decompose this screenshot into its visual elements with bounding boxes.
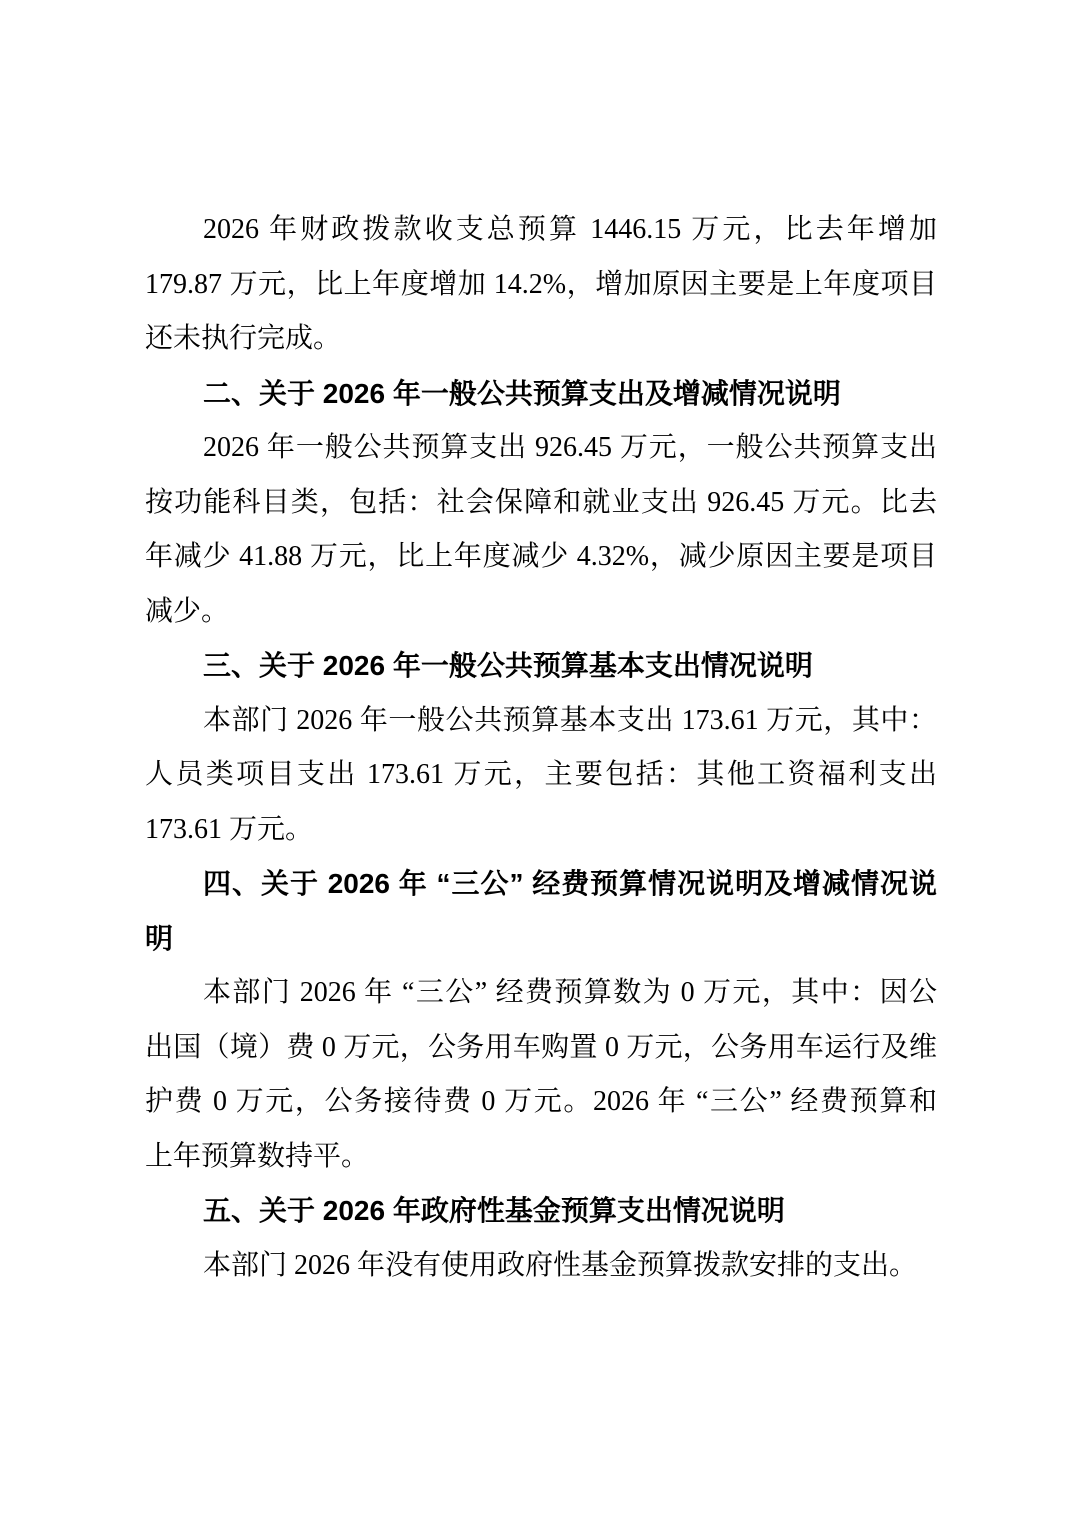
paragraph: 本部门 2026 年一般公共预算基本支出 173.61 万元，其中：人员类项目支…: [145, 694, 937, 858]
text-line: 年减少 41.88 万元，比上年度减少 4.32%，减少原因主要是项目: [145, 530, 937, 585]
document-body: 2026 年财政拨款收支总预算 1446.15 万元，比去年增加179.87 万…: [145, 203, 937, 1293]
text-line: 出国（境）费 0 万元，公务用车购置 0 万元，公务用车运行及维: [145, 1021, 937, 1076]
section-heading: 二、关于 2026 年一般公共预算支出及增减情况说明: [145, 367, 937, 422]
text-line: 二、关于 2026 年一般公共预算支出及增减情况说明: [145, 367, 937, 422]
text-line: 四、关于 2026 年 “三公” 经费预算情况说明及增减情况说: [145, 857, 937, 912]
text-line: 本部门 2026 年 “三公” 经费预算数为 0 万元，其中：因公: [145, 966, 937, 1021]
text-line: 本部门 2026 年没有使用政府性基金预算拨款安排的支出。: [145, 1239, 937, 1294]
text-line: 五、关于 2026 年政府性基金预算支出情况说明: [145, 1184, 937, 1239]
text-line: 179.87 万元，比上年度增加 14.2%，增加原因主要是上年度项目: [145, 258, 937, 313]
paragraph: 本部门 2026 年没有使用政府性基金预算拨款安排的支出。: [145, 1239, 937, 1294]
text-line: 还未执行完成。: [145, 312, 937, 367]
paragraph: 2026 年一般公共预算支出 926.45 万元，一般公共预算支出按功能科目类，…: [145, 421, 937, 639]
text-line: 173.61 万元。: [145, 803, 937, 858]
text-line: 2026 年财政拨款收支总预算 1446.15 万元，比去年增加: [145, 203, 937, 258]
section-heading: 四、关于 2026 年 “三公” 经费预算情况说明及增减情况说明: [145, 857, 937, 966]
text-line: 按功能科目类，包括：社会保障和就业支出 926.45 万元。比去: [145, 476, 937, 531]
section-heading: 三、关于 2026 年一般公共预算基本支出情况说明: [145, 639, 937, 694]
text-line: 本部门 2026 年一般公共预算基本支出 173.61 万元，其中：: [145, 694, 937, 749]
section-heading: 五、关于 2026 年政府性基金预算支出情况说明: [145, 1184, 937, 1239]
text-line: 护费 0 万元，公务接待费 0 万元。2026 年 “三公” 经费预算和: [145, 1075, 937, 1130]
text-line: 明: [145, 912, 937, 967]
paragraph: 2026 年财政拨款收支总预算 1446.15 万元，比去年增加179.87 万…: [145, 203, 937, 367]
text-line: 2026 年一般公共预算支出 926.45 万元，一般公共预算支出: [145, 421, 937, 476]
text-line: 三、关于 2026 年一般公共预算基本支出情况说明: [145, 639, 937, 694]
text-line: 人员类项目支出 173.61 万元，主要包括：其他工资福利支出: [145, 748, 937, 803]
paragraph: 本部门 2026 年 “三公” 经费预算数为 0 万元，其中：因公出国（境）费 …: [145, 966, 937, 1184]
document-page: 2026 年财政拨款收支总预算 1446.15 万元，比去年增加179.87 万…: [0, 0, 1074, 1520]
text-line: 减少。: [145, 585, 937, 640]
text-line: 上年预算数持平。: [145, 1130, 937, 1185]
